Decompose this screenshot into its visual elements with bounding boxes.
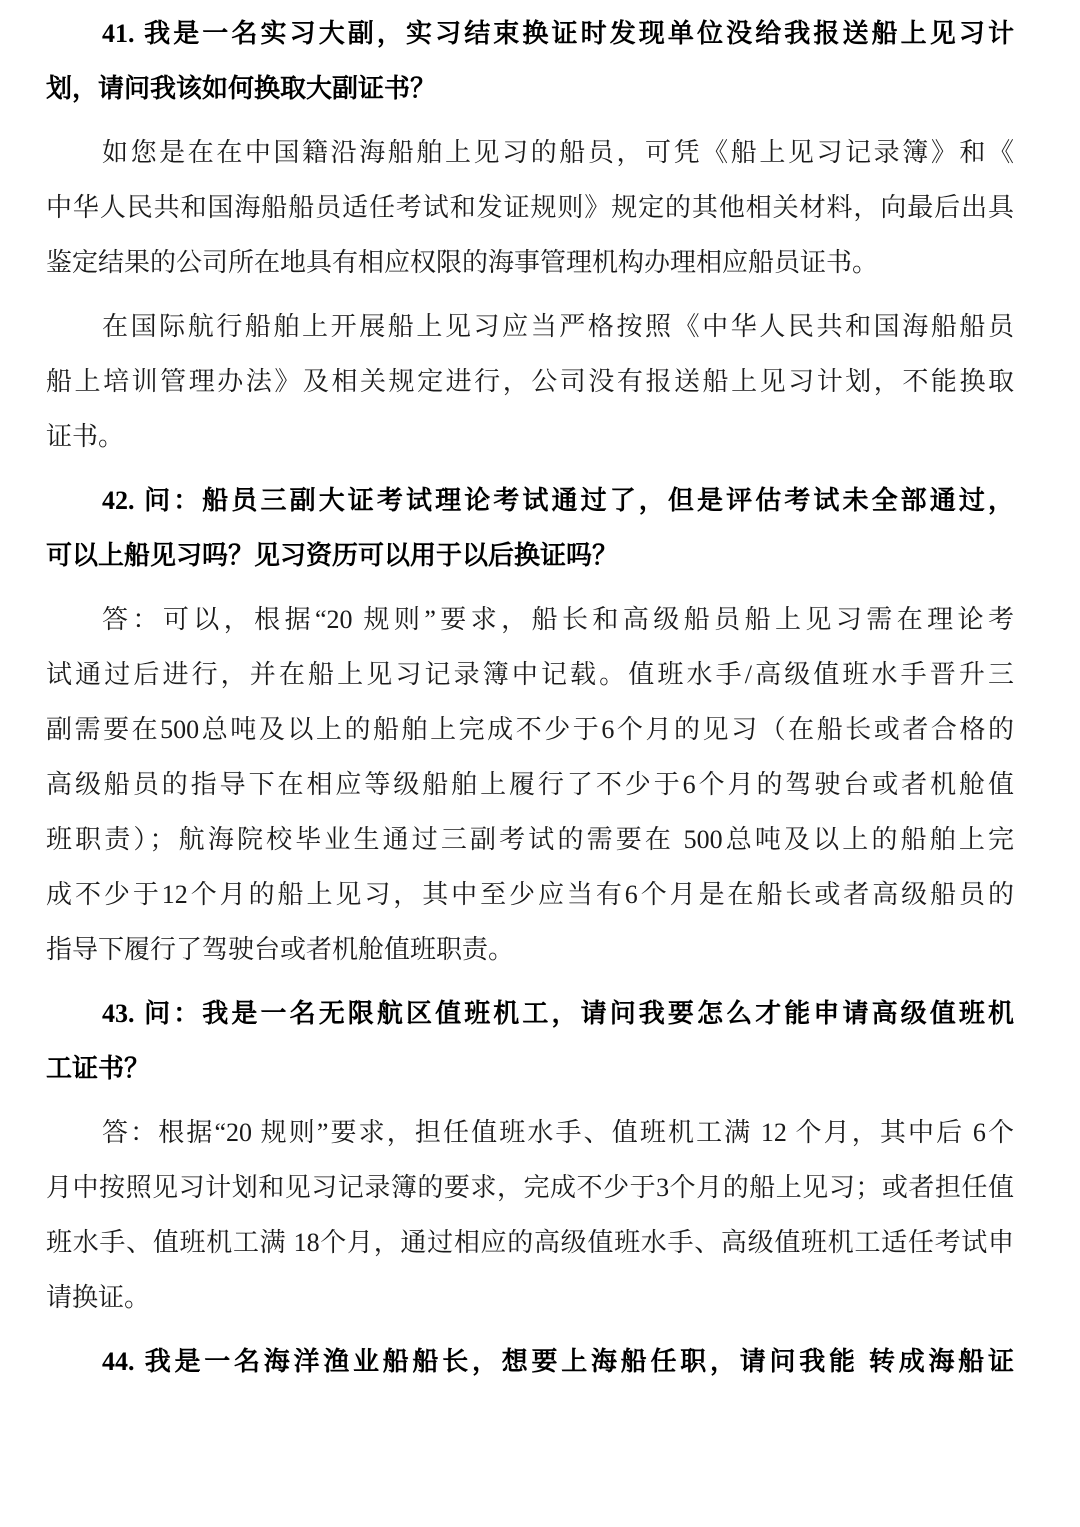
text-line: 44. 我是一名海洋渔业船船长，想要上海船任职，请问我能 转成海船证 [46,1334,1014,1389]
text-line: 划，请问我该如何换取大副证书？ [46,61,1014,116]
text-line: 41. 我是一名实习大副，实习结束换证时发现单位没给我报送船上见习计 [46,6,1014,61]
document-content: 41. 我是一名实习大副，实习结束换证时发现单位没给我报送船上见习计 划，请问我… [0,0,1080,1389]
text-line: 船上培训管理办法》及相关规定进行，公司没有报送船上见习计划，不能换取 [46,354,1014,409]
document-page: 41. 我是一名实习大副，实习结束换证时发现单位没给我报送船上见习计 划，请问我… [0,0,1080,1527]
text-line: 成不少于12个月的船上见习，其中至少应当有6个月是在船长或者高级船员的 [46,867,1014,922]
text-line: 答：可以，根据“20 规则”要求，船长和高级船员船上见习需在理论考 [46,592,1014,647]
text-line: 中华人民共和国海船船员适任考试和发证规则》规定的其他相关材料，向最后出具 [46,180,1014,235]
text-line: 工证书？ [46,1041,1014,1096]
text-line: 答：根据“20 规则”要求，担任值班水手、值班机工满 12 个月，其中后 6个 [46,1105,1014,1160]
paragraph-question-43: 43. 问：我是一名无限航区值班机工，请问我要怎么才能申请高级值班机 工证书？ [46,986,1014,1096]
text-line: 班职责）；航海院校毕业生通过三副考试的需要在 500总吨及以上的船舶上完 [46,812,1014,867]
text-line: 指导下履行了驾驶台或者机舱值班职责。 [46,922,1014,977]
text-line: 如您是在在中国籍沿海船舶上见习的船员，可凭《船上见习记录簿》和《 [46,125,1014,180]
text-line: 在国际航行船舶上开展船上见习应当严格按照《中华人民共和国海船船员 [46,299,1014,354]
paragraph-question-44: 44. 我是一名海洋渔业船船长，想要上海船任职，请问我能 转成海船证 [46,1334,1014,1389]
paragraph-question-42: 42. 问：船员三副大证考试理论考试通过了，但是评估考试未全部通过， 可以上船见… [46,473,1014,583]
text-line: 月中按照见习计划和见习记录簿的要求，完成不少于3个月的船上见习；或者担任值 [46,1160,1014,1215]
text-line: 42. 问：船员三副大证考试理论考试通过了，但是评估考试未全部通过， [46,473,1014,528]
text-line: 试通过后进行，并在船上见习记录簿中记载。值班水手/高级值班水手晋升三 [46,647,1014,702]
paragraph-question-41: 41. 我是一名实习大副，实习结束换证时发现单位没给我报送船上见习计 划，请问我… [46,6,1014,116]
paragraph-answer-41-2: 在国际航行船舶上开展船上见习应当严格按照《中华人民共和国海船船员 船上培训管理办… [46,299,1014,464]
text-line: 鉴定结果的公司所在地具有相应权限的海事管理机构办理相应船员证书。 [46,235,1014,290]
text-line: 班水手、值班机工满 18个月，通过相应的高级值班水手、高级值班机工适任考试申 [46,1215,1014,1270]
text-line: 请换证。 [46,1270,1014,1325]
text-line: 高级船员的指导下在相应等级船舶上履行了不少于6个月的驾驶台或者机舱值 [46,757,1014,812]
paragraph-answer-42: 答：可以，根据“20 规则”要求，船长和高级船员船上见习需在理论考 试通过后进行… [46,592,1014,977]
text-line: 可以上船见习吗？见习资历可以用于以后换证吗？ [46,528,1014,583]
text-line: 43. 问：我是一名无限航区值班机工，请问我要怎么才能申请高级值班机 [46,986,1014,1041]
text-line: 证书。 [46,409,1014,464]
paragraph-answer-43: 答：根据“20 规则”要求，担任值班水手、值班机工满 12 个月，其中后 6个 … [46,1105,1014,1325]
paragraph-answer-41-1: 如您是在在中国籍沿海船舶上见习的船员，可凭《船上见习记录簿》和《 中华人民共和国… [46,125,1014,290]
text-line: 副需要在500总吨及以上的船舶上完成不少于6个月的见习（在船长或者合格的 [46,702,1014,757]
